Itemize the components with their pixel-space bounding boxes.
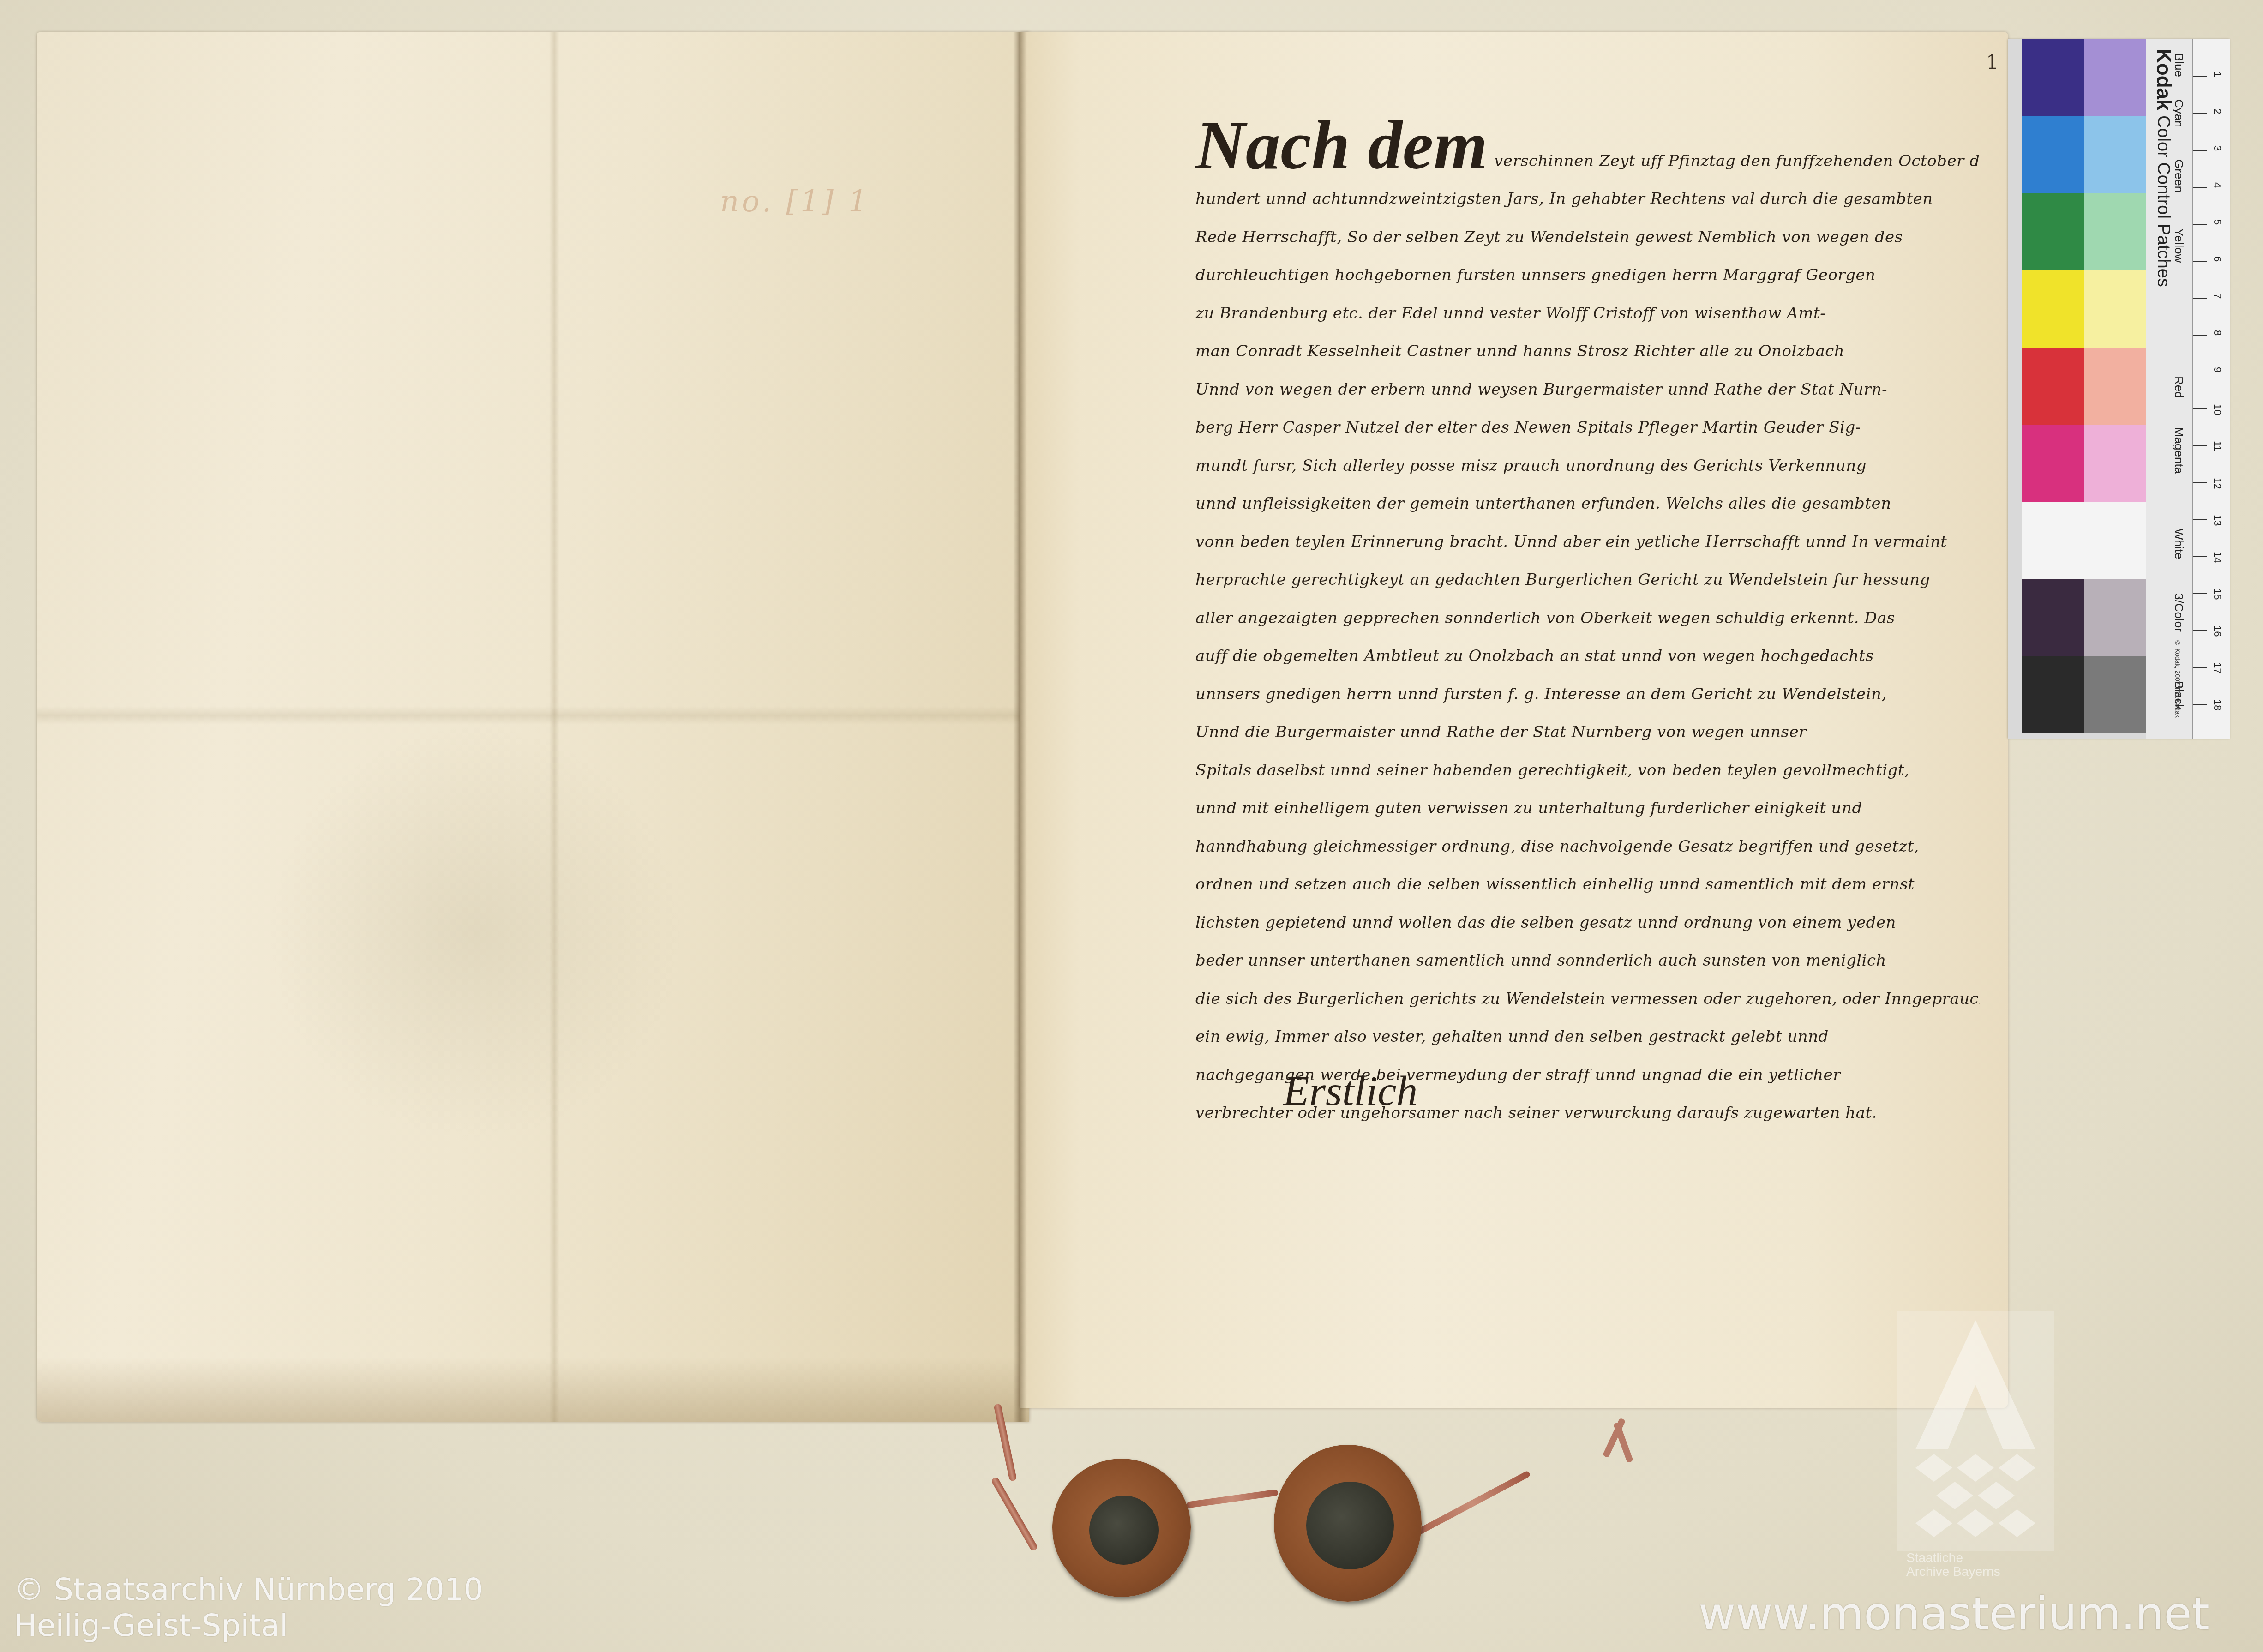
ruler-tick bbox=[2193, 150, 2207, 151]
page-number: 1 bbox=[1986, 51, 1999, 73]
ruler-number: 18 bbox=[2211, 699, 2223, 710]
ruler-number: 5 bbox=[2211, 219, 2223, 225]
manuscript-text: Nach demverschinnen Zeyt uff Pfinztag de… bbox=[1195, 111, 1980, 1132]
ruler-tick bbox=[2193, 372, 2207, 372]
ruler-number: 7 bbox=[2211, 293, 2223, 299]
manuscript-line: aller angezaigten gepprechen sonnderlich… bbox=[1195, 599, 1980, 637]
worn-edge bbox=[37, 1357, 1029, 1422]
patch-red bbox=[2022, 348, 2146, 425]
ruler-tick bbox=[2193, 335, 2207, 336]
manuscript-line: mundt fursr, Sich allerley posse misz pr… bbox=[1195, 447, 1980, 485]
binding-gutter bbox=[1013, 32, 1027, 1422]
manuscript-line: Rede Herrschafft, So der selben Zeyt zu … bbox=[1195, 218, 1980, 257]
ruler-number: 17 bbox=[2211, 662, 2223, 673]
patch-black bbox=[2022, 656, 2146, 733]
archive-logo-text: Staatliche Archive Bayerns bbox=[1906, 1551, 2000, 1579]
patch-label: Blue bbox=[2172, 53, 2186, 77]
horizontal-fold bbox=[37, 706, 1029, 725]
ruler-tick bbox=[2193, 519, 2207, 520]
patch-green bbox=[2022, 193, 2146, 270]
section-heading: Erstlich bbox=[1283, 1066, 1417, 1115]
copyright-credit: © Staatsarchiv Nürnberg 2010 Heilig-Geis… bbox=[14, 1572, 483, 1644]
manuscript-line: berg Herr Casper Nutzel der elter des Ne… bbox=[1195, 408, 1980, 447]
collection-name: Heilig-Geist-Spital bbox=[14, 1608, 483, 1644]
manuscript-line: die sich des Burgerlichen gerichts zu We… bbox=[1195, 980, 1980, 1018]
patch-blue bbox=[2022, 39, 2146, 116]
patch-cyan bbox=[2022, 116, 2146, 193]
patch-label: Red bbox=[2172, 376, 2186, 398]
manuscript-line: unnd mit einhelligem guten verwissen zu … bbox=[1195, 789, 1980, 828]
patch-label: Green bbox=[2172, 159, 2186, 192]
left-page: no. [1] 1 bbox=[37, 32, 1029, 1422]
ruler-number: 4 bbox=[2211, 182, 2223, 188]
manuscript-line: ein ewig, Immer also vester, gehalten un… bbox=[1195, 1018, 1980, 1056]
manuscript-line: auff die obgemelten Ambtleut zu Onolzbac… bbox=[1195, 637, 1980, 675]
ruler-number: 16 bbox=[2211, 625, 2223, 637]
chart-copyright: © Kodak, 2007 TM: Kodak bbox=[2174, 639, 2181, 718]
seal-cord bbox=[990, 1476, 1038, 1552]
ruler-number: 9 bbox=[2211, 367, 2223, 372]
ruler-tick bbox=[2193, 445, 2207, 446]
manuscript-line: hundert unnd achtunndzweintzigsten Jars,… bbox=[1195, 180, 1980, 218]
manuscript-line: vonn beden teylen Erinnerung bracht. Unn… bbox=[1195, 523, 1980, 561]
right-page: 1 Nach demverschinnen Zeyt uff Pfinztag … bbox=[1020, 32, 2008, 1408]
color-patches bbox=[2022, 39, 2146, 733]
patch-yellow bbox=[2022, 270, 2146, 348]
manuscript-line: unnd unfleissigkeiten der gemein unterth… bbox=[1195, 485, 1980, 523]
manuscript-line: lichsten gepietend unnd wollen das die s… bbox=[1195, 904, 1980, 942]
manuscript-line: zu Brandenburg etc. der Edel unnd vester… bbox=[1195, 294, 1980, 333]
manuscript-line: Nach demverschinnen Zeyt uff Pfinztag de… bbox=[1195, 111, 1980, 180]
seal-cord bbox=[1186, 1489, 1279, 1508]
ruler-tick bbox=[2193, 593, 2207, 594]
patch-magenta bbox=[2022, 425, 2146, 502]
ruler-tick bbox=[2193, 76, 2207, 77]
ruler-number: 1 bbox=[2211, 72, 2223, 77]
manuscript-line: herprachte gerechtigkeyt an gedachten Bu… bbox=[1195, 561, 1980, 599]
ruler-number: 10 bbox=[2211, 404, 2223, 415]
patch-label: Magenta bbox=[2172, 427, 2186, 474]
manuscript-line: ordnen und setzen auch die selben wissen… bbox=[1195, 865, 1980, 904]
ruler-number: 12 bbox=[2211, 478, 2223, 489]
ruler-tick bbox=[2193, 556, 2207, 557]
seal-impression bbox=[1306, 1482, 1394, 1569]
manuscript-line: Spitals daselbst unnd seiner habenden ge… bbox=[1195, 751, 1980, 790]
water-stain bbox=[268, 725, 683, 1140]
patch-white bbox=[2022, 502, 2146, 579]
ruler-tick bbox=[2193, 704, 2207, 705]
patch-label: Cyan bbox=[2172, 99, 2186, 127]
ruler-number: 15 bbox=[2211, 589, 2223, 600]
site-watermark: www.monasterium.net bbox=[1699, 1588, 2209, 1640]
manuscript-line: hanndhabung gleichmessiger ordnung, dise… bbox=[1195, 828, 1980, 866]
ruler-tick bbox=[2193, 482, 2207, 483]
patch-label: White bbox=[2172, 529, 2186, 559]
ruler-tick bbox=[2193, 261, 2207, 262]
manuscript-line: durchleuchtigen hochgebornen fursten unn… bbox=[1195, 256, 1980, 294]
manuscript-line: Unnd von wegen der erbern unnd weysen Bu… bbox=[1195, 371, 1980, 409]
ruler-tick bbox=[2193, 667, 2207, 668]
wax-seal-left bbox=[1052, 1459, 1191, 1597]
patch-3color bbox=[2022, 579, 2146, 656]
manuscript-line: Unnd die Burgermaister unnd Rathe der St… bbox=[1195, 713, 1980, 751]
copyright-line: © Staatsarchiv Nürnberg 2010 bbox=[14, 1572, 483, 1608]
manuscript-line: unnsers gnedigen herrn unnd fursten f. g… bbox=[1195, 675, 1980, 714]
ruler-tick bbox=[2193, 298, 2207, 299]
ruler-number: 2 bbox=[2211, 108, 2223, 114]
incipit: Nach dem bbox=[1195, 111, 1488, 180]
archive-logo-icon bbox=[1897, 1311, 2054, 1551]
ruler-tick bbox=[2193, 630, 2207, 631]
patch-label: Yellow bbox=[2172, 228, 2186, 263]
ruler-number: 8 bbox=[2211, 330, 2223, 336]
manuscript-line: man Conradt Kesselnheit Castner unnd han… bbox=[1195, 332, 1980, 371]
cm-ruler: 1 2 3 4 5 6 7 8 9 10 11 12 13 14 15 16 1… bbox=[2192, 39, 2230, 739]
seal-cord bbox=[1414, 1470, 1531, 1537]
ruler-number: 14 bbox=[2211, 552, 2223, 563]
ruler-number: 3 bbox=[2211, 145, 2223, 151]
ruler-tick bbox=[2193, 187, 2207, 188]
ruler-number: 6 bbox=[2211, 256, 2223, 262]
ruler-number: 13 bbox=[2211, 515, 2223, 526]
patch-label: 3/Color bbox=[2172, 593, 2186, 632]
ruler-tick bbox=[2193, 408, 2207, 409]
seal-impression bbox=[1089, 1496, 1159, 1565]
seal-cord bbox=[994, 1403, 1017, 1482]
wax-seals bbox=[992, 1403, 1685, 1606]
ruler-number: 11 bbox=[2211, 441, 2223, 451]
cord-tassel bbox=[1613, 1422, 1633, 1463]
color-control-chart: Kodak Color Control Patches Blue Cyan Gr… bbox=[2008, 39, 2229, 739]
archive-logo-watermark: Staatliche Archive Bayerns bbox=[1897, 1311, 2054, 1583]
bleed-through-text: no. [1] 1 bbox=[720, 185, 870, 219]
ruler-tick bbox=[2193, 224, 2207, 225]
wax-seal-right bbox=[1274, 1445, 1422, 1602]
ruler-tick bbox=[2193, 113, 2207, 114]
manuscript-line: beder unnser unterthanen samentlich unnd… bbox=[1195, 942, 1980, 980]
